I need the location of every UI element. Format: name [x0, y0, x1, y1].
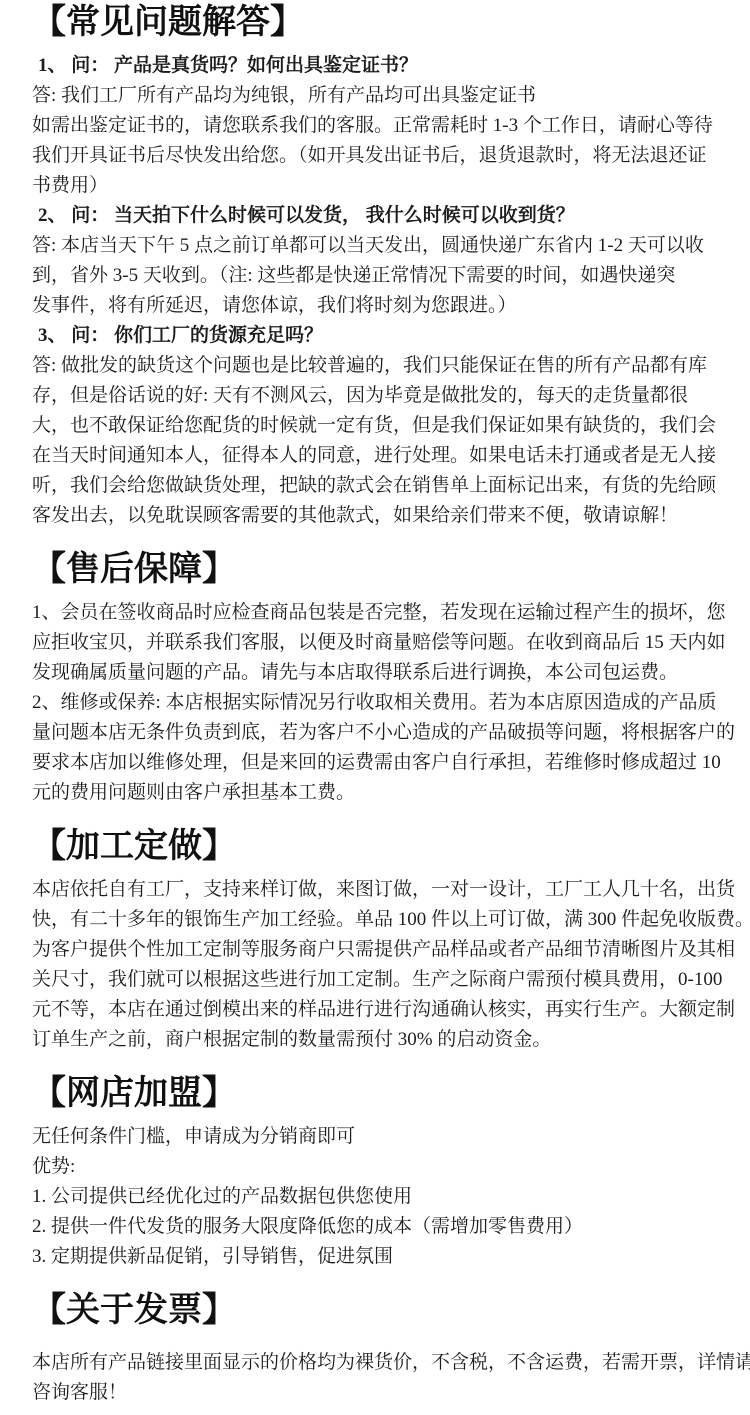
custom-made-answer-line-5: 元不等，本店在通过倒模出来的样品进行进行沟通确认核实，再实行生产。大额定制 — [32, 995, 720, 1025]
document-page: 【常见问题解答】1、 问： 产品是真货吗？如何出具鉴定证书？答: 我们工厂所有产… — [0, 0, 750, 1415]
faq-answer-line-13: 大，也不敢保证给您配货的时候就一定有货，但是我们保证如果有缺货的，我们会 — [32, 411, 720, 441]
faq-document: 【常见问题解答】1、 问： 产品是真货吗？如何出具鉴定证书？答: 我们工厂所有产… — [32, 4, 720, 1408]
faq-answer-line-14: 在当天时间通知本人，征得本人的同意，进行处理。如果电话未打通或者是无人接 — [32, 441, 720, 471]
section-heading-faq: 【常见问题解答】 — [32, 4, 720, 42]
faq-question-line-6: 2、 问： 当天拍下什么时候可以发货， 我什么时候可以收到货？ — [32, 201, 720, 231]
faq-answer-line-7: 答: 本店当天下午 5 点之前订单都可以当天发出，圆通快递广东省内 1-2 天可… — [32, 231, 720, 261]
section-custom-made: 【加工定做】本店依托自有工厂，支持来样订做，来图订做，一对一设计，工厂工人几十名… — [32, 828, 720, 1055]
custom-made-answer-line-1: 本店依托自有工厂，支持来样订做，来图订做，一对一设计，工厂工人几十名，出货 — [32, 875, 720, 905]
after-sales-answer-line-7: 元的费用问题则由客户承担基本工费。 — [32, 778, 720, 808]
faq-question-line-10: 3、 问： 你们工厂的货源充足吗？ — [32, 321, 720, 351]
faq-answer-line-12: 存，但是俗话说的好: 天有不测风云，因为毕竟是做批发的，每天的走货量都很 — [32, 381, 720, 411]
custom-made-answer-line-6: 订单生产之前，商户根据定制的数量需预付 30% 的启动资金。 — [32, 1025, 720, 1055]
faq-answer-line-5: 书费用） — [32, 171, 720, 201]
invoice-answer-line-1: 本店所有产品链接里面显示的价格均为裸货价，不含税，不含运费，若需开票，详情请 — [32, 1348, 720, 1378]
faq-answer-line-15: 听，我们会给您做缺货处理，把缺的款式会在销售单上面标记出来，有货的先给顾 — [32, 471, 720, 501]
custom-made-answer-line-4: 关尺寸，我们就可以根据这些进行加工定制。生产之际商户需预付模具费用，0-100 — [32, 965, 720, 995]
section-heading-custom-made: 【加工定做】 — [32, 828, 720, 866]
faq-answer-line-9: 发事件，将有所延迟，请您体谅，我们将时刻为您跟进。） — [32, 291, 720, 321]
after-sales-answer-line-4: 2、维修或保养: 本店根据实际情况另行收取相关费用。若为本店原因造成的产品质 — [32, 688, 720, 718]
section-invoice: 【关于发票】本店所有产品链接里面显示的价格均为裸货价，不含税，不含运费，若需开票… — [32, 1292, 720, 1408]
faq-answer-line-8: 到，省外 3-5 天收到。（注: 这些都是快递正常情况下需要的时间，如遇快递突 — [32, 261, 720, 291]
section-franchise: 【网店加盟】无任何条件门槛，申请成为分销商即可优势:1. 公司提供已经优化过的产… — [32, 1075, 720, 1272]
faq-answer-line-3: 如需出鉴定证书的，请您联系我们的客服。正常需耗时 1-3 个工作日，请耐心等待 — [32, 111, 720, 141]
faq-answer-line-4: 我们开具证书后尽快发出给您。（如开具发出证书后，退货退款时，将无法退还证 — [32, 141, 720, 171]
section-heading-invoice: 【关于发票】 — [32, 1292, 720, 1330]
faq-question-line-1: 1、 问： 产品是真货吗？如何出具鉴定证书？ — [32, 51, 720, 81]
faq-answer-line-16: 客发出去，以免耽误顾客需要的其他款式，如果给亲们带来不便，敬请谅解！ — [32, 501, 720, 531]
after-sales-answer-line-2: 应拒收宝贝，并联系我们客服，以便及时商量赔偿等问题。在收到商品后 15 天内如 — [32, 628, 720, 658]
after-sales-answer-line-3: 发现确属质量问题的产品。请先与本店取得联系后进行调换，本公司包运费。 — [32, 658, 720, 688]
section-after-sales: 【售后保障】1、会员在签收商品时应检查商品包装是否完整，若发现在运输过程产生的损… — [32, 551, 720, 808]
after-sales-answer-line-1: 1、会员在签收商品时应检查商品包装是否完整，若发现在运输过程产生的损坏，您 — [32, 598, 720, 628]
faq-answer-line-11: 答: 做批发的缺货这个问题也是比较普遍的，我们只能保证在售的所有产品都有库 — [32, 351, 720, 381]
section-heading-franchise: 【网店加盟】 — [32, 1075, 720, 1113]
franchise-answer-line-4: 2. 提供一件代发货的服务大限度降低您的成本（需增加零售费用） — [32, 1212, 720, 1242]
section-faq: 【常见问题解答】1、 问： 产品是真货吗？如何出具鉴定证书？答: 我们工厂所有产… — [32, 4, 720, 531]
franchise-answer-line-1: 无任何条件门槛，申请成为分销商即可 — [32, 1122, 720, 1152]
after-sales-answer-line-6: 要求本店加以维修处理，但是来回的运费需由客户自行承担，若维修时修成超过 10 — [32, 748, 720, 778]
franchise-answer-line-5: 3. 定期提供新品促销，引导销售，促进氛围 — [32, 1242, 720, 1272]
custom-made-answer-line-2: 快，有二十多年的银饰生产加工经验。单品 100 件以上可订做，满 300 件起免… — [32, 905, 720, 935]
after-sales-answer-line-5: 量问题本店无条件负责到底，若为客户不小心造成的产品破损等问题，将根据客户的 — [32, 718, 720, 748]
custom-made-answer-line-3: 为客户提供个性加工定制等服务商户只需提供产品样品或者产品细节清晰图片及其相 — [32, 935, 720, 965]
faq-answer-line-2: 答: 我们工厂所有产品均为纯银，所有产品均可出具鉴定证书 — [32, 81, 720, 111]
invoice-answer-line-2: 咨询客服！ — [32, 1378, 720, 1408]
franchise-answer-line-2: 优势: — [32, 1152, 720, 1182]
section-heading-after-sales: 【售后保障】 — [32, 551, 720, 589]
franchise-answer-line-3: 1. 公司提供已经优化过的产品数据包供您使用 — [32, 1182, 720, 1212]
